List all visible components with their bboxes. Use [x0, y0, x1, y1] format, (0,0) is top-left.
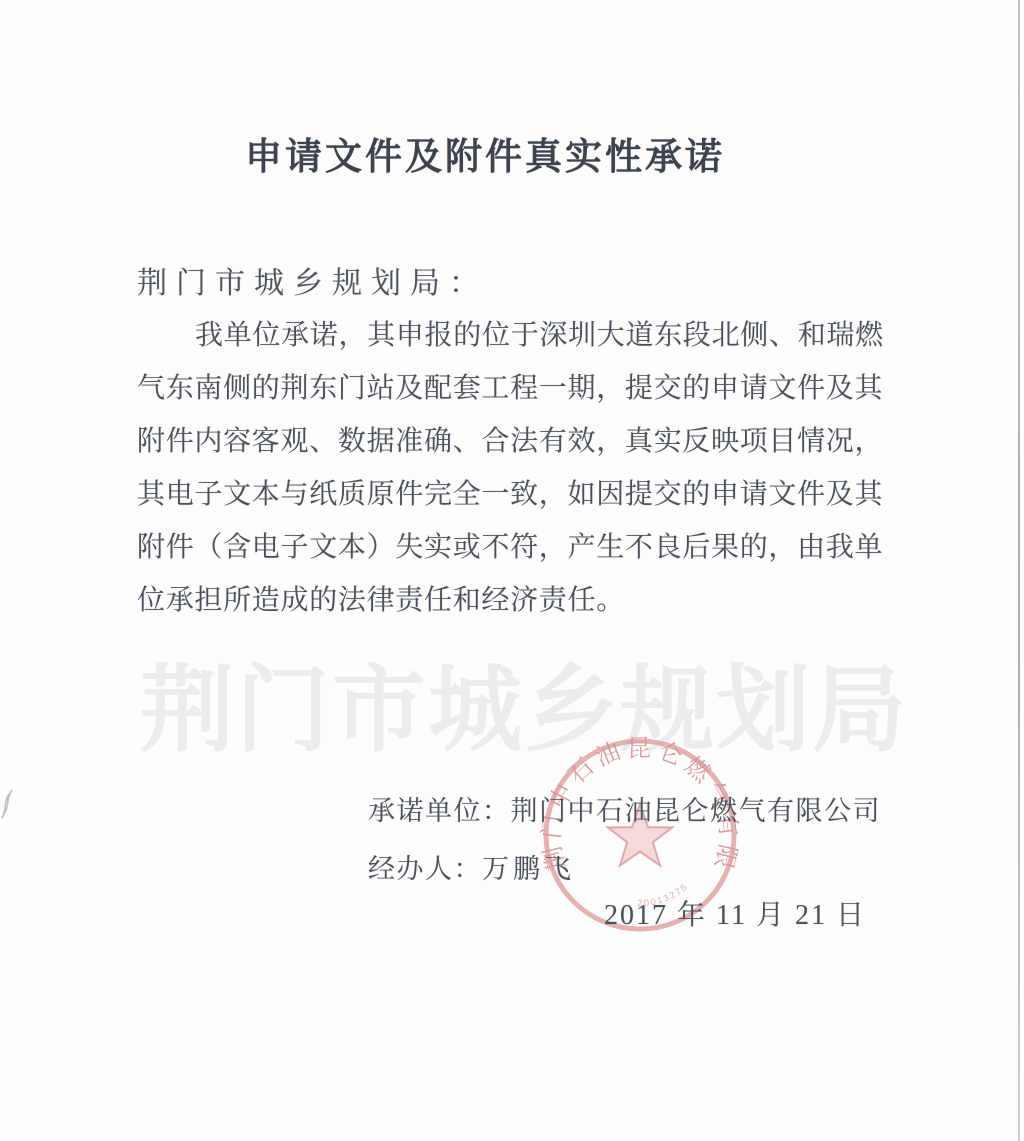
handler-name-value: 万鹏飞 [482, 854, 575, 884]
body-paragraph-line: 附件（含电子文本）失实或不符，产生不良后果的，由我单 [137, 534, 883, 562]
handler-line: 经办人：万鹏飞 [368, 856, 575, 883]
committing-unit-line: 承诺单位：荆门中石油昆仑燃气有限公司 [368, 798, 881, 825]
document-title: 申请文件及附件真实性承诺 [0, 126, 970, 180]
body-paragraph-line: 位承担所造成的法律责任和经济责任。 [137, 587, 625, 615]
page-scan-edge [1018, 0, 1020, 1141]
salutation-line: 荆门市城乡规划局： [137, 258, 488, 302]
date-line: 2017 年 11 月 21 日 [604, 902, 866, 930]
document-page: 荆门市城乡规划局 申请文件及附件真实性承诺 荆门市城乡规划局： 我单位承诺，其申… [0, 0, 1024, 1141]
committing-unit-label: 承诺单位： [368, 796, 511, 826]
handler-label: 经办人： [368, 854, 482, 884]
committing-unit-value: 荆门中石油昆仑燃气有限公司 [511, 796, 882, 826]
body-paragraph-line: 附件内容客观、数据准确、合法有效，真实反映项目情况， [137, 428, 883, 456]
scan-artifact-mark [0, 782, 16, 826]
body-paragraph-line: 其电子文本与纸质原件完全一致，如因提交的申请文件及其 [137, 481, 883, 509]
body-paragraph-line: 气东南侧的荆东门站及配套工程一期，提交的申请文件及其 [137, 375, 883, 403]
body-paragraph-line: 我单位承诺，其申报的位于深圳大道东段北侧、和瑞燃 [137, 322, 884, 350]
